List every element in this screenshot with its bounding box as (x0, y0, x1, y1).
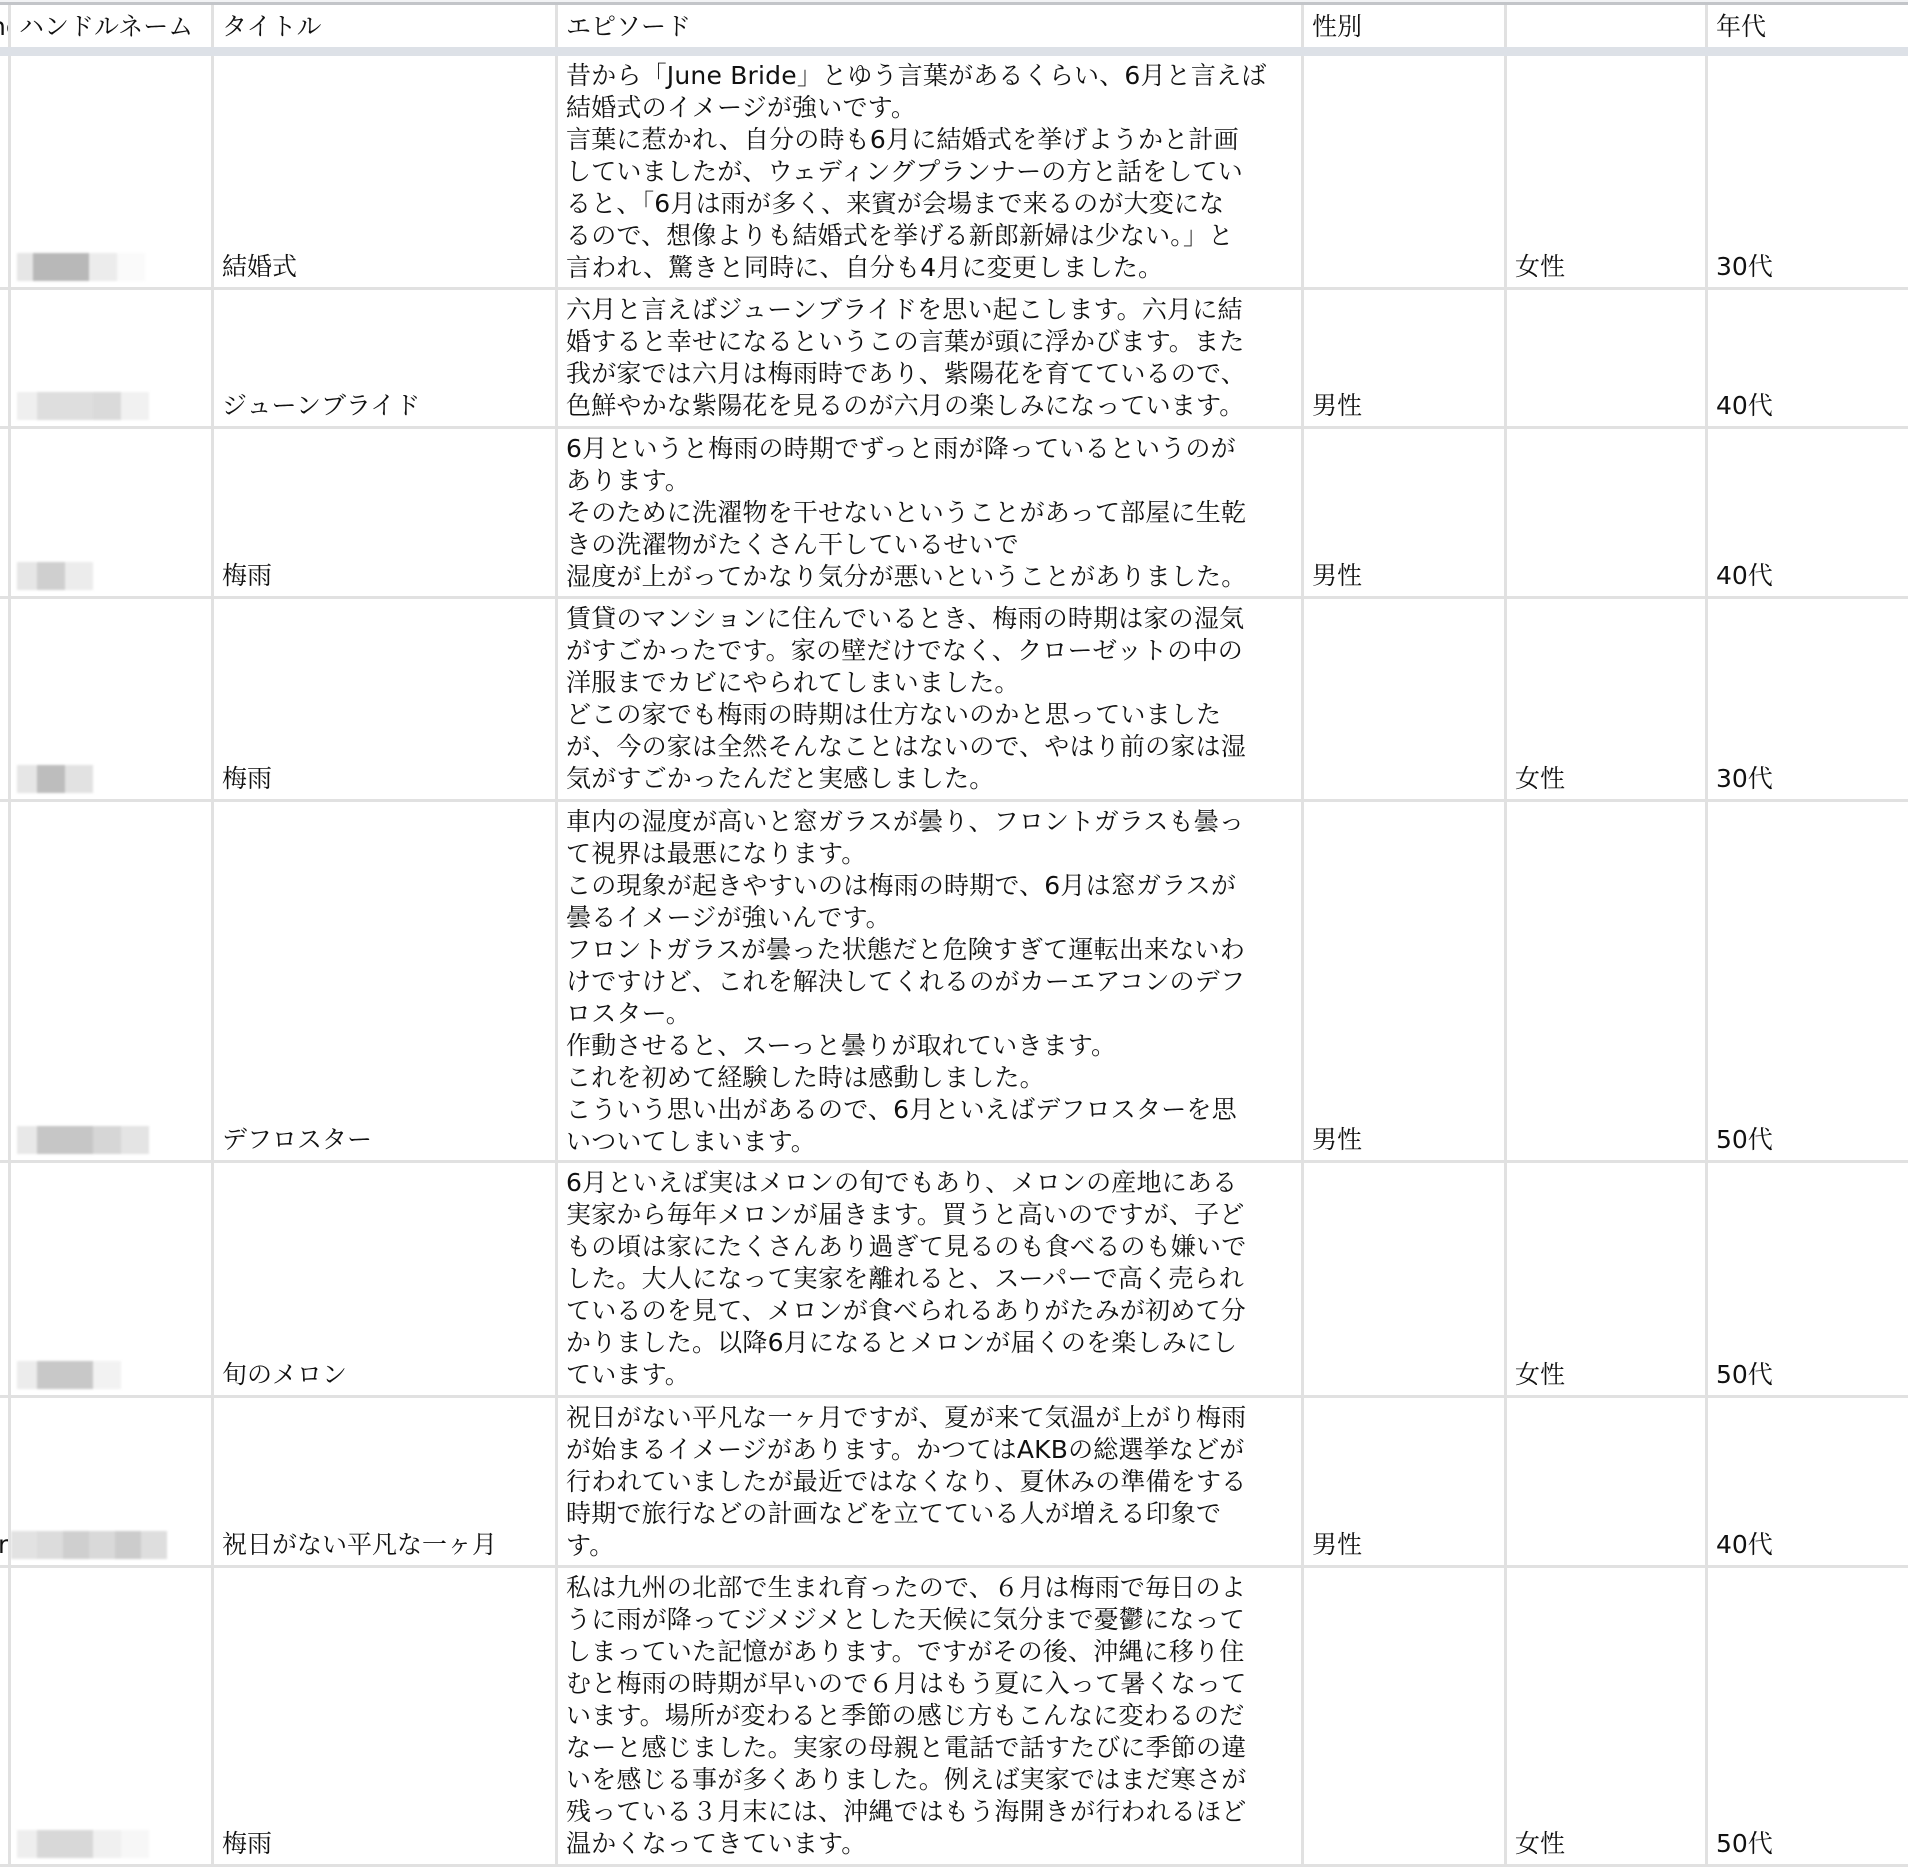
cell-gender-alt[interactable]: 女性 (1507, 599, 1708, 799)
cell-index[interactable] (0, 802, 11, 1160)
cell-age[interactable]: 40代 (1708, 290, 1908, 426)
cell-gender[interactable]: 男性 (1304, 1398, 1507, 1565)
header-cell-title[interactable]: タイトル (214, 5, 558, 48)
redacted-handle-name (11, 1531, 167, 1559)
cell-handle-name[interactable] (11, 1163, 214, 1395)
age-text: 40代 (1716, 1529, 1773, 1561)
cell-age[interactable]: 40代 (1708, 1398, 1908, 1565)
gender-text: 男性 (1312, 390, 1362, 422)
cell-index[interactable] (0, 1163, 11, 1395)
table-row: 梅雨 賃貸のマンションに住んでいるとき、梅雨の時期は家の湿気 がすごかったです。… (0, 599, 1908, 802)
cell-episode[interactable]: 私は九州の北部で生まれ育ったので、６月は梅雨で毎日のよ うに雨が降ってジメジメと… (558, 1568, 1304, 1864)
header-partial-label: ne (0, 11, 11, 43)
cell-title[interactable]: 祝日がない平凡な一ヶ月 (214, 1398, 558, 1565)
cell-title[interactable]: デフロスター (214, 802, 558, 1160)
cell-age[interactable]: 30代 (1708, 56, 1908, 287)
cell-gender-alt[interactable] (1507, 1398, 1708, 1565)
cell-gender[interactable]: 男性 (1304, 429, 1507, 596)
cell-gender-alt[interactable] (1507, 802, 1708, 1160)
cell-gender[interactable] (1304, 1163, 1507, 1395)
header-handle-name-label: ハンドルネーム (19, 11, 193, 43)
header-cell-empty[interactable] (1507, 5, 1708, 48)
header-cell-gender[interactable]: 性別 (1304, 5, 1507, 48)
header-cell-age[interactable]: 年代 (1708, 5, 1908, 48)
cell-episode[interactable]: 車内の湿度が高いと窓ガラスが曇り、フロントガラスも曇っ て視界は最悪になります。… (558, 802, 1304, 1160)
episode-text: 昔から「June Bride」とゆう言葉があるくらい、6月と言えば 結婚式のイメ… (566, 60, 1293, 284)
cell-age[interactable]: 50代 (1708, 1568, 1908, 1864)
cell-index[interactable] (0, 1568, 11, 1864)
cell-gender[interactable]: 男性 (1304, 802, 1507, 1160)
episode-text: 祝日がない平凡な一ヶ月ですが、夏が来て気温が上がり梅雨 が始まるイメージがありま… (566, 1402, 1293, 1562)
episode-text: 六月と言えばジューンブライドを思い起こします。六月に結 婚すると幸せになるという… (566, 294, 1293, 422)
table-row: 旬のメロン 6月といえば実はメロンの旬でもあり、メロンの産地にある 実家から毎年… (0, 1163, 1908, 1398)
age-text: 50代 (1716, 1359, 1773, 1391)
age-text: 30代 (1716, 251, 1773, 283)
cell-handle-name[interactable] (11, 1568, 214, 1864)
cell-episode[interactable]: 6月というと梅雨の時期でずっと雨が降っているというのが あります。 そのために洗… (558, 429, 1304, 596)
age-text: 40代 (1716, 390, 1773, 422)
header-episode-label: エピソード (566, 11, 691, 43)
cell-index[interactable]: r (0, 1398, 11, 1565)
header-cell-partial[interactable]: ne (0, 5, 11, 48)
cell-gender-alt[interactable] (1507, 429, 1708, 596)
cell-index[interactable] (0, 429, 11, 596)
redacted-handle-name (17, 253, 145, 281)
redacted-handle-name (17, 765, 93, 793)
table-row: ジューンブライド 六月と言えばジューンブライドを思い起こします。六月に結 婚する… (0, 290, 1908, 429)
header-title-label: タイトル (222, 11, 322, 43)
cell-handle-name[interactable] (11, 290, 214, 426)
cell-gender[interactable] (1304, 599, 1507, 799)
header-cell-handle-name[interactable]: ハンドルネーム (11, 5, 214, 48)
gender-text: 男性 (1312, 1124, 1362, 1156)
gender-alt-text: 女性 (1515, 251, 1565, 283)
episode-text: 私は九州の北部で生まれ育ったので、６月は梅雨で毎日のよ うに雨が降ってジメジメと… (566, 1572, 1293, 1860)
cell-episode[interactable]: 昔から「June Bride」とゆう言葉があるくらい、6月と言えば 結婚式のイメ… (558, 56, 1304, 287)
title-text: 梅雨 (222, 763, 272, 795)
redacted-handle-name (17, 1830, 149, 1858)
header-gender-label: 性別 (1312, 11, 1362, 43)
gender-text: 男性 (1312, 1529, 1362, 1561)
cell-gender[interactable]: 男性 (1304, 290, 1507, 426)
episode-text: 6月というと梅雨の時期でずっと雨が降っているというのが あります。 そのために洗… (566, 433, 1293, 593)
age-text: 30代 (1716, 763, 1773, 795)
cell-handle-name[interactable] (11, 429, 214, 596)
title-text: 梅雨 (222, 1828, 272, 1860)
title-text: ジューンブライド (222, 390, 420, 422)
cell-title[interactable]: 結婚式 (214, 56, 558, 287)
title-text: 旬のメロン (222, 1359, 347, 1391)
cell-age[interactable]: 40代 (1708, 429, 1908, 596)
age-text: 40代 (1716, 560, 1773, 592)
redacted-handle-name (17, 562, 93, 590)
gender-text: 男性 (1312, 560, 1362, 592)
title-text: デフロスター (222, 1124, 372, 1156)
table-row: 梅雨 6月というと梅雨の時期でずっと雨が降っているというのが あります。 そのた… (0, 429, 1908, 599)
cell-title[interactable]: 旬のメロン (214, 1163, 558, 1395)
cell-handle-name[interactable] (11, 802, 214, 1160)
cell-handle-name[interactable] (11, 56, 214, 287)
episode-text: 車内の湿度が高いと窓ガラスが曇り、フロントガラスも曇っ て視界は最悪になります。… (566, 806, 1293, 1158)
cell-age[interactable]: 50代 (1708, 802, 1908, 1160)
frozen-row-divider (0, 47, 1908, 56)
age-text: 50代 (1716, 1124, 1773, 1156)
title-text: 祝日がない平凡な一ヶ月 (222, 1529, 497, 1561)
cell-episode[interactable]: 祝日がない平凡な一ヶ月ですが、夏が来て気温が上がり梅雨 が始まるイメージがありま… (558, 1398, 1304, 1565)
cell-title[interactable]: 梅雨 (214, 599, 558, 799)
cell-age[interactable]: 50代 (1708, 1163, 1908, 1395)
table-row: 結婚式 昔から「June Bride」とゆう言葉があるくらい、6月と言えば 結婚… (0, 56, 1908, 290)
episode-text: 賃貸のマンションに住んでいるとき、梅雨の時期は家の湿気 がすごかったです。家の壁… (566, 603, 1293, 795)
cell-episode[interactable]: 六月と言えばジューンブライドを思い起こします。六月に結 婚すると幸せになるという… (558, 290, 1304, 426)
cell-title[interactable]: ジューンブライド (214, 290, 558, 426)
cell-title[interactable]: 梅雨 (214, 429, 558, 596)
cell-gender[interactable] (1304, 56, 1507, 287)
table-row: 梅雨 私は九州の北部で生まれ育ったので、６月は梅雨で毎日のよ うに雨が降ってジメ… (0, 1568, 1908, 1867)
age-text: 50代 (1716, 1828, 1773, 1860)
cell-gender[interactable] (1304, 1568, 1507, 1864)
cell-gender-alt[interactable]: 女性 (1507, 56, 1708, 287)
cell-handle-name[interactable] (11, 599, 214, 799)
gender-alt-text: 女性 (1515, 763, 1565, 795)
cell-index[interactable] (0, 599, 11, 799)
header-age-label: 年代 (1716, 11, 1766, 43)
cell-episode[interactable]: 6月といえば実はメロンの旬でもあり、メロンの産地にある 実家から毎年メロンが届き… (558, 1163, 1304, 1395)
redacted-handle-name (17, 392, 149, 420)
cell-gender-alt[interactable] (1507, 290, 1708, 426)
cell-gender-alt[interactable]: 女性 (1507, 1163, 1708, 1395)
table-row: r 祝日がない平凡な一ヶ月 祝日がない平凡な一ヶ月ですが、夏が来て気温が上がり梅… (0, 1398, 1908, 1568)
cell-gender-alt[interactable]: 女性 (1507, 1568, 1708, 1864)
spreadsheet: ne ハンドルネーム タイトル エピソード 性別 年代 結婚式 昔から「June… (0, 0, 1908, 1868)
overflow-char: r (0, 1529, 8, 1561)
cell-episode[interactable]: 賃貸のマンションに住んでいるとき、梅雨の時期は家の湿気 がすごかったです。家の壁… (558, 599, 1304, 799)
cell-index[interactable] (0, 290, 11, 426)
cell-handle-name[interactable] (11, 1398, 214, 1565)
title-text: 結婚式 (222, 251, 297, 283)
title-text: 梅雨 (222, 560, 272, 592)
gender-alt-text: 女性 (1515, 1828, 1565, 1860)
cell-index[interactable] (0, 56, 11, 287)
episode-text: 6月といえば実はメロンの旬でもあり、メロンの産地にある 実家から毎年メロンが届き… (566, 1167, 1293, 1391)
gender-alt-text: 女性 (1515, 1359, 1565, 1391)
header-cell-episode[interactable]: エピソード (558, 5, 1304, 48)
header-row: ne ハンドルネーム タイトル エピソード 性別 年代 (0, 5, 1908, 48)
redacted-handle-name (17, 1361, 121, 1389)
cell-title[interactable]: 梅雨 (214, 1568, 558, 1864)
table-row: デフロスター 車内の湿度が高いと窓ガラスが曇り、フロントガラスも曇っ て視界は最… (0, 802, 1908, 1163)
redacted-handle-name (17, 1126, 149, 1154)
cell-age[interactable]: 30代 (1708, 599, 1908, 799)
